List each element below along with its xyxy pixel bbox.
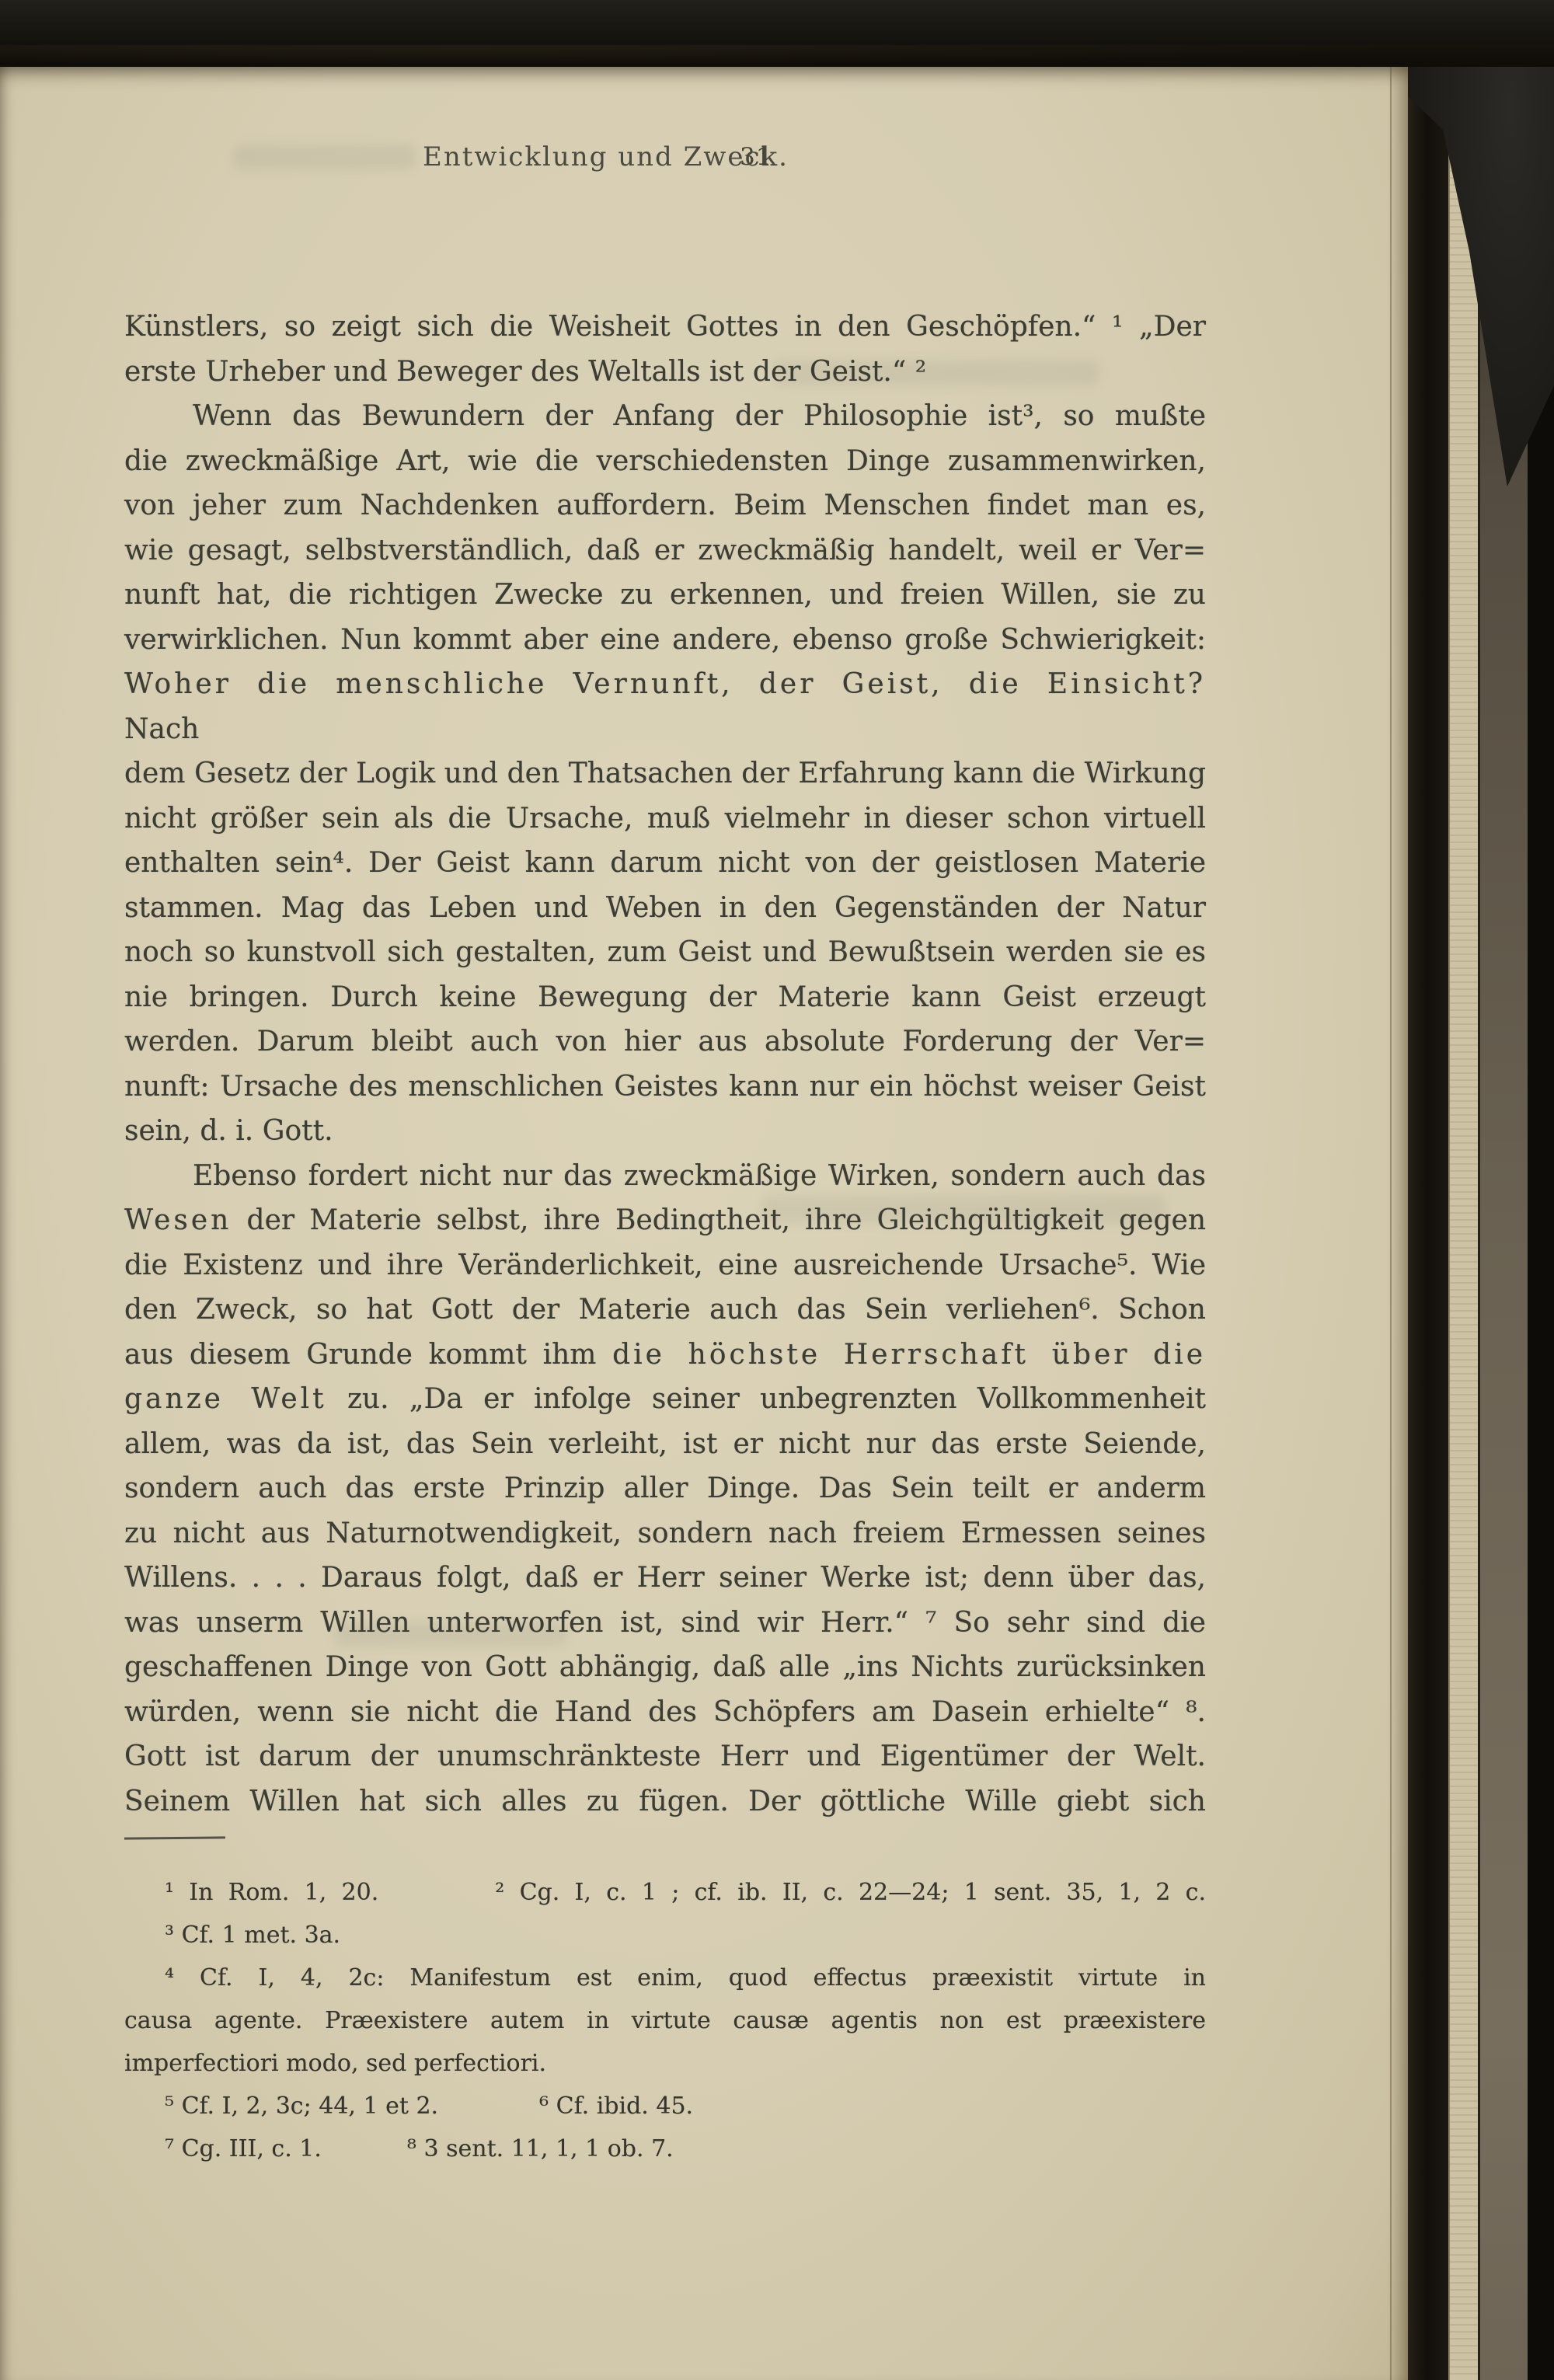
footnotes: ¹ In Rom. 1, 20.² Cg. I, c. 1 ; cf. ib. … xyxy=(124,1871,1206,2170)
text-segment: ¹ In Rom. 1, 20. xyxy=(165,1879,378,1906)
page-body: Künstlers, so zeigt sich die Weisheit Go… xyxy=(124,305,1206,1824)
text-segment: nicht größer sein als die Ursache, muß v… xyxy=(124,803,1206,835)
text-segment: noch so kunstvoll sich gestalten, zum Ge… xyxy=(124,936,1206,968)
text-segment: geschaffenen Dinge von Gott abhängig, da… xyxy=(124,1651,1206,1683)
footnote-line: ⁷ Cg. III, c. 1.⁸ 3 sent. 11, 1, 1 ob. 7… xyxy=(124,2127,1206,2170)
footnote-line: ⁴ Cf. I, 4, 2c: Manifestum est enim, quo… xyxy=(124,1957,1206,1999)
text-segment: sein, d. i. Gott. xyxy=(124,1115,333,1147)
text-line: Gott ist darum der unumschränkteste Herr… xyxy=(124,1734,1206,1779)
text-line: von jeher zum Nachdenken auffordern. Bei… xyxy=(124,483,1206,528)
text-line: zu nicht aus Naturnotwendigkeit, sondern… xyxy=(124,1511,1206,1556)
text-segment: enthalten sein⁴. Der Geist kann darum ni… xyxy=(124,847,1206,879)
text-line: würden, wenn sie nicht die Hand des Schö… xyxy=(124,1690,1206,1735)
book-scan: Entwicklung und Zweck. 31 Künstlers, so … xyxy=(0,0,1554,2380)
book-page: Entwicklung und Zweck. 31 Künstlers, so … xyxy=(0,67,1408,2380)
text-segment: die zweckmäßige Art, wie die verschieden… xyxy=(124,445,1206,477)
text-segment: was unserm Willen unterworfen ist, sind … xyxy=(124,1607,1206,1639)
footnote-separator xyxy=(124,1836,225,1839)
text-line: Künstlers, so zeigt sich die Weisheit Go… xyxy=(124,305,1206,350)
text-segment: werden. Darum bleibt auch von hier aus a… xyxy=(124,1026,1206,1058)
text-segment: allem, was da ist, das Sein verleiht, is… xyxy=(124,1428,1206,1460)
text-segment: von jeher zum Nachdenken auffordern. Bei… xyxy=(124,490,1206,521)
text-segment: ³ Cf. 1 met. 3a. xyxy=(165,1922,340,1949)
text-line: die Existenz und ihre Veränderlichkeit, … xyxy=(124,1243,1206,1288)
text-line: nie bringen. Durch keine Bewegung der Ma… xyxy=(124,975,1206,1020)
text-segment: Nach xyxy=(124,713,199,745)
text-segment: imperfectiori modo, sed perfectiori. xyxy=(124,2050,546,2077)
text-segment: erste Urheber und Beweger des Weltalls i… xyxy=(124,356,926,388)
spaced-text: ganze Welt xyxy=(124,1383,327,1415)
spaced-text: Wesen xyxy=(124,1204,232,1236)
footnote-gap xyxy=(322,2155,407,2156)
bleedthrough-ghost xyxy=(233,145,416,169)
page-edge-line xyxy=(1390,67,1392,2380)
text-line: Ebenso fordert nicht nur das zweckmäßige… xyxy=(124,1154,1206,1199)
text-segment: Künstlers, so zeigt sich die Weisheit Go… xyxy=(124,311,1206,343)
text-line: nunft: Ursache des menschlichen Geistes … xyxy=(124,1065,1206,1110)
text-line: den Zweck, so hat Gott der Materie auch … xyxy=(124,1288,1206,1333)
text-line: Willens. . . . Daraus folgt, daß er Herr… xyxy=(124,1556,1206,1601)
footnote-line: ³ Cf. 1 met. 3a. xyxy=(124,1914,1206,1957)
text-segment: stammen. Mag das Leben und Weben in den … xyxy=(124,892,1206,924)
text-line: verwirklichen. Nun kommt aber eine ander… xyxy=(124,618,1206,663)
text-line: geschaffenen Dinge von Gott abhängig, da… xyxy=(124,1645,1206,1690)
text-segment: den Zweck, so hat Gott der Materie auch … xyxy=(124,1294,1206,1326)
text-segment: würden, wenn sie nicht die Hand des Schö… xyxy=(124,1696,1206,1728)
paragraph: Künstlers, so zeigt sich die Weisheit Go… xyxy=(124,305,1206,394)
text-line: die zweckmäßige Art, wie die verschieden… xyxy=(124,439,1206,484)
text-segment: ⁶ Cf. ibid. 45. xyxy=(539,2093,693,2120)
text-segment: Gott ist darum der unumschränkteste Herr… xyxy=(124,1741,1206,1772)
footnote-line: ⁵ Cf. I, 2, 3c; 44, 1 et 2.⁶ Cf. ibid. 4… xyxy=(124,2085,1206,2127)
running-header: Entwicklung und Zweck. xyxy=(423,141,789,172)
text-line: Wenn das Bewundern der Anfang der Philos… xyxy=(124,394,1206,439)
text-line: Wesen der Materie selbst, ihre Bedingthe… xyxy=(124,1198,1206,1243)
text-line: was unserm Willen unterworfen ist, sind … xyxy=(124,1601,1206,1646)
text-segment: Seinem Willen hat sich alles zu fügen. D… xyxy=(124,1786,1206,1817)
text-line: Seinem Willen hat sich alles zu fügen. D… xyxy=(124,1779,1206,1824)
book-cover-top-fray xyxy=(0,45,1554,68)
text-segment: dem Gesetz der Logik und den Thatsachen … xyxy=(124,758,1206,789)
text-segment: ⁴ Cf. I, 4, 2c: Manifestum est enim, quo… xyxy=(165,1964,1206,1991)
text-segment: ⁵ Cf. I, 2, 3c; 44, 1 et 2. xyxy=(165,2093,438,2120)
text-line: enthalten sein⁴. Der Geist kann darum ni… xyxy=(124,841,1206,886)
text-line: werden. Darum bleibt auch von hier aus a… xyxy=(124,1019,1206,1065)
text-segment: nie bringen. Durch keine Bewegung der Ma… xyxy=(124,981,1206,1013)
text-segment: ⁸ 3 sent. 11, 1, 1 ob. 7. xyxy=(407,2135,674,2162)
text-segment: aus diesem Grunde kommt ihm xyxy=(124,1339,612,1371)
text-segment: die Existenz und ihre Veränderlichkeit, … xyxy=(124,1249,1206,1281)
text-line: noch so kunstvoll sich gestalten, zum Ge… xyxy=(124,930,1206,975)
text-segment: ⁷ Cg. III, c. 1. xyxy=(165,2135,322,2162)
footnote-line: ¹ In Rom. 1, 20.² Cg. I, c. 1 ; cf. ib. … xyxy=(124,1871,1206,1914)
paragraph: Ebenso fordert nicht nur das zweckmäßige… xyxy=(124,1154,1206,1824)
text-segment: der Materie selbst, ihre Bedingtheit, ih… xyxy=(232,1204,1206,1236)
text-line: wie gesagt, selbstverständlich, daß er z… xyxy=(124,528,1206,573)
text-line: Woher die menschliche Vernunft, der Geis… xyxy=(124,662,1206,751)
text-segment: Wenn das Bewundern der Anfang der Philos… xyxy=(193,400,1206,432)
text-line: nicht größer sein als die Ursache, muß v… xyxy=(124,796,1206,842)
text-line: sondern auch das erste Prinzip aller Din… xyxy=(124,1466,1206,1511)
text-segment: zu nicht aus Naturnotwendigkeit, sondern… xyxy=(124,1518,1206,1549)
text-line: erste Urheber und Beweger des Weltalls i… xyxy=(124,350,1206,395)
text-line: stammen. Mag das Leben und Weben in den … xyxy=(124,886,1206,931)
spaced-text: die höchste Herrschaft über die xyxy=(612,1339,1206,1371)
footnote-line: causa agente. Præexistere autem in virtu… xyxy=(124,1999,1206,2042)
text-segment: sondern auch das erste Prinzip aller Din… xyxy=(124,1472,1206,1504)
text-segment: Ebenso fordert nicht nur das zweckmäßige… xyxy=(193,1160,1206,1192)
footnote-gap xyxy=(438,2113,539,2113)
text-line: ganze Welt zu. „Da er infolge seiner unb… xyxy=(124,1377,1206,1422)
text-segment: nunft: Ursache des menschlichen Geistes … xyxy=(124,1071,1206,1103)
text-segment: Willens. . . . Daraus folgt, daß er Herr… xyxy=(124,1562,1206,1594)
text-line: sein, d. i. Gott. xyxy=(124,1109,1206,1154)
text-line: nunft hat, die richtigen Zwecke zu erken… xyxy=(124,573,1206,618)
text-segment: ² Cg. I, c. 1 ; cf. ib. II, c. 22—24; 1 … xyxy=(495,1879,1206,1906)
text-line: allem, was da ist, das Sein verleiht, is… xyxy=(124,1422,1206,1467)
footnote-line: imperfectiori modo, sed perfectiori. xyxy=(124,2042,1206,2085)
text-segment: zu. „Da er infolge seiner unbegrenzten V… xyxy=(327,1383,1206,1415)
book-fore-edge-pages xyxy=(1448,67,1479,2380)
footnote-gap xyxy=(378,1899,495,1900)
page-number: 31 xyxy=(740,143,772,171)
text-segment: verwirklichen. Nun kommt aber eine ander… xyxy=(124,624,1206,656)
text-segment: causa agente. Præexistere autem in virtu… xyxy=(124,2007,1206,2034)
text-segment: nunft hat, die richtigen Zwecke zu erken… xyxy=(124,579,1206,611)
paragraph: Wenn das Bewundern der Anfang der Philos… xyxy=(124,394,1206,1154)
text-line: aus diesem Grunde kommt ihm die höchste … xyxy=(124,1333,1206,1378)
text-segment: wie gesagt, selbstverständlich, daß er z… xyxy=(124,535,1206,566)
text-line: dem Gesetz der Logik und den Thatsachen … xyxy=(124,751,1206,796)
spaced-text: Woher die menschliche Vernunft, der Geis… xyxy=(124,668,1206,700)
page-block-shadow-edge xyxy=(1408,67,1448,2380)
